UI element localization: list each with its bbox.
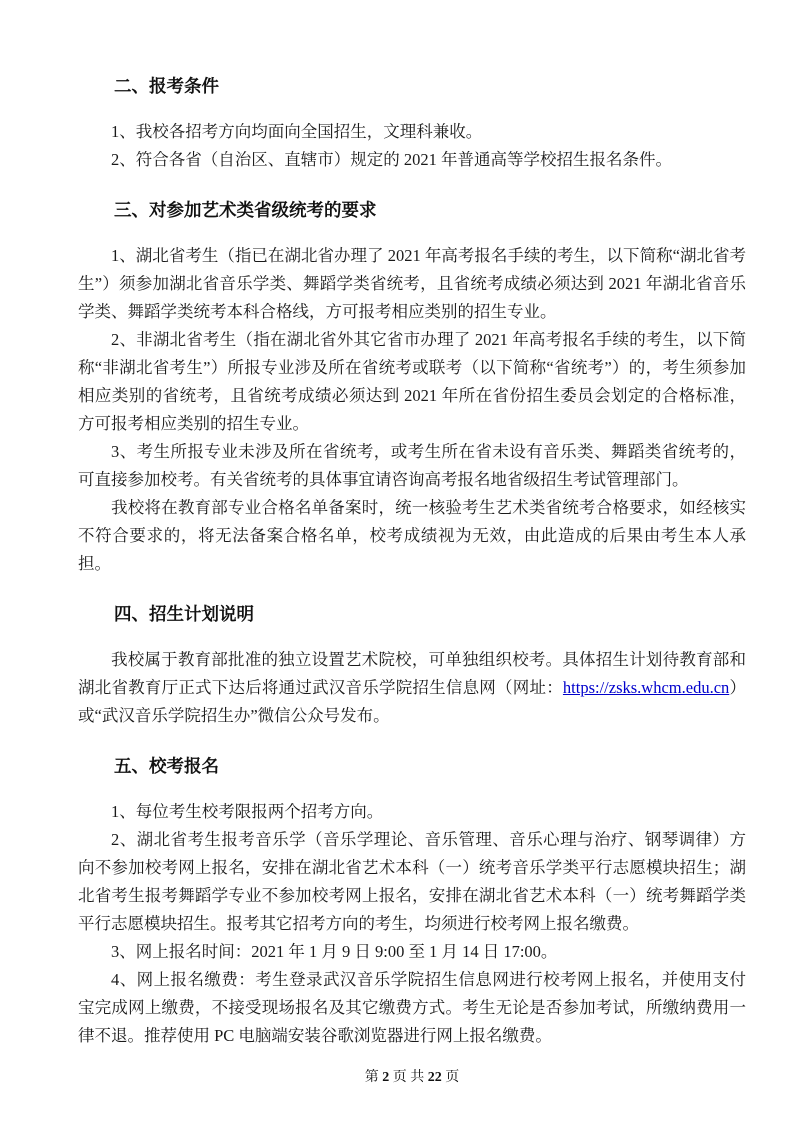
footer-label-page: 第 [365, 1070, 383, 1085]
paragraph-hubei-registration-rules: 2、湖北省考生报考音乐学（音乐学理论、音乐管理、音乐心理与治疗、钢琴调律）方向不… [78, 826, 746, 938]
paragraph-eligibility: 2、符合各省（自治区、直辖市）规定的 2021 年普通高等学校招生报名条件。 [78, 146, 746, 174]
footer-total-pages: 22 [428, 1070, 442, 1085]
paragraph-hubei-candidates: 1、湖北省考生（指已在湖北省办理了 2021 年高考报名手续的考生，以下简称“湖… [78, 242, 746, 326]
admissions-website-link[interactable]: https://zsks.whcm.edu.cn [563, 678, 729, 697]
paragraph-direction-limit: 1、每位考生校考限报两个招考方向。 [78, 798, 746, 826]
heading-provincial-exam-requirements: 三、对参加艺术类省级统考的要求 [78, 196, 746, 224]
heading-application-requirements: 二、报考条件 [78, 72, 746, 100]
footer-label-of: 页 共 [389, 1070, 428, 1085]
paragraph-registration-time: 3、网上报名时间：2021 年 1 月 9 日 9:00 至 1 月 14 日 … [78, 938, 746, 966]
page-footer: 第 2 页 共 22 页 [78, 1064, 746, 1092]
footer-label-pages: 页 [442, 1070, 460, 1085]
document-page: 二、报考条件 1、我校各招考方向均面向全国招生，文理科兼收。 2、符合各省（自治… [0, 0, 800, 1131]
paragraph-national-enrollment: 1、我校各招考方向均面向全国招生，文理科兼收。 [78, 118, 746, 146]
paragraph-verification-notice: 我校将在教育部专业合格名单备案时，统一核验考生艺术类省统考合格要求，如经核实不符… [78, 494, 746, 578]
paragraph-enrollment-plan: 我校属于教育部批准的独立设置艺术院校，可单独组织校考。具体招生计划待教育部和湖北… [78, 646, 746, 730]
paragraph-non-hubei-candidates: 2、非湖北省考生（指在湖北省外其它省市办理了 2021 年高考报名手续的考生，以… [78, 326, 746, 438]
paragraph-payment-instructions: 4、网上报名缴费：考生登录武汉音乐学院招生信息网进行校考网上报名，并使用支付宝完… [78, 966, 746, 1050]
heading-enrollment-plan: 四、招生计划说明 [78, 600, 746, 628]
paragraph-direct-school-exam: 3、考生所报专业未涉及所在省统考，或考生所在省未设有音乐类、舞蹈类省统考的，可直… [78, 438, 746, 494]
heading-school-exam-registration: 五、校考报名 [78, 752, 746, 780]
